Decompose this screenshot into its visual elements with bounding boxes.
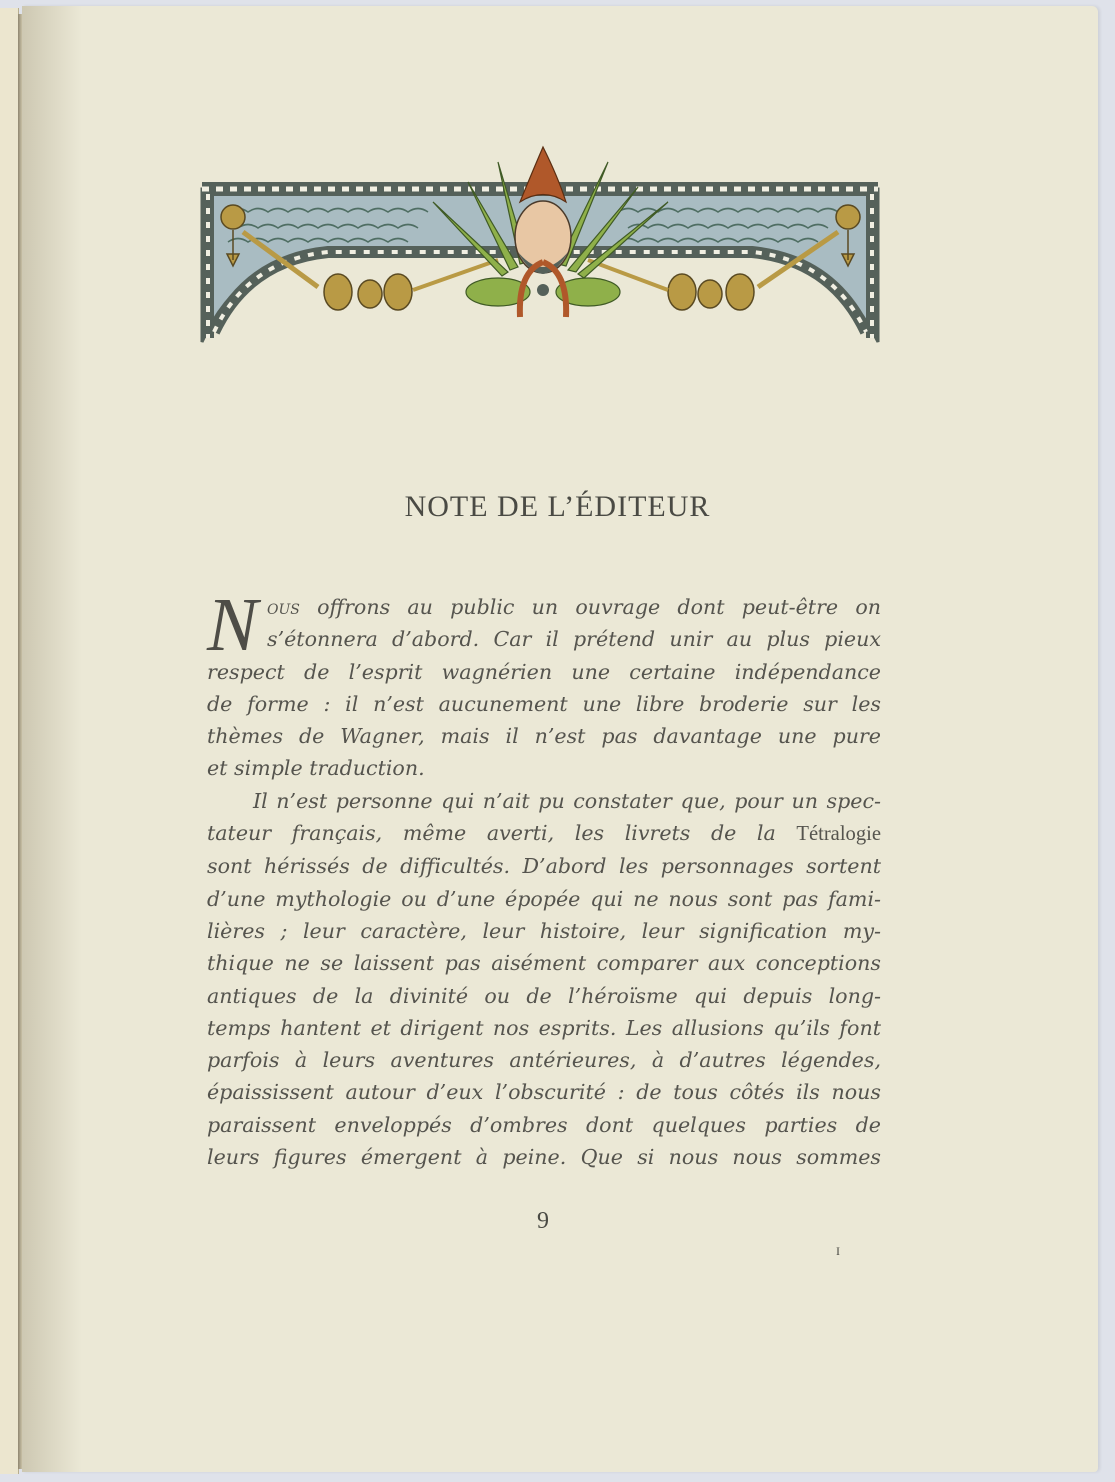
text-line: respect de l’esprit wagnérien une certai… bbox=[207, 656, 881, 688]
text-line: s’étonnera d’abord. Car il prétend unir … bbox=[207, 623, 881, 655]
body-text: N ous offrons au public un ouvrage dont … bbox=[207, 591, 881, 1173]
text-line: ous offrons au public un ouvrage dont pe… bbox=[207, 591, 881, 623]
text-line: épaississent autour d’eux l’obscurité : … bbox=[207, 1076, 881, 1108]
text-line: thique ne se laissent pas aisément compa… bbox=[207, 947, 881, 979]
work-title: Tétralogie bbox=[796, 823, 881, 845]
drop-cap: N bbox=[207, 593, 258, 657]
page-curve-shade bbox=[22, 6, 82, 1472]
text-line: parfois à leurs aventures antérieures, à… bbox=[207, 1044, 881, 1076]
text-line: temps hantent et dirigent nos esprits. L… bbox=[207, 1012, 881, 1044]
text-line: lières ; leur caractère, leur histoire, … bbox=[207, 915, 881, 947]
signature-mark: I bbox=[836, 1244, 840, 1259]
text-line: antiques de la divinité ou de l’héroïsme… bbox=[207, 980, 881, 1012]
text-line: Il n’est personne qui n’ait pu constater… bbox=[207, 785, 881, 817]
text-line: leurs figures émergent à peine. Que si n… bbox=[207, 1141, 881, 1173]
facing-page-edge bbox=[0, 8, 19, 1474]
text-line: sont hérissés de difficultés. D’abord le… bbox=[207, 850, 881, 882]
text-line: paraissent enveloppés d’ombres dont quel… bbox=[207, 1109, 881, 1141]
text-line: tateur français, même averti, les livret… bbox=[207, 817, 881, 850]
text-line: d’une mythologie ou d’une épopée qui ne … bbox=[207, 883, 881, 915]
headpiece-ornament-icon bbox=[198, 142, 882, 347]
paragraph-1: N ous offrons au public un ouvrage dont … bbox=[207, 591, 881, 785]
text-line: de forme : il n’est aucunement une libre… bbox=[207, 688, 881, 720]
page-number: 9 bbox=[537, 1208, 549, 1235]
text-line: thèmes de Wagner, mais il n’est pas dava… bbox=[207, 720, 881, 752]
page-title: NOTE DE L’ÉDITEUR bbox=[0, 490, 1115, 524]
text-line: et simple traduction. bbox=[207, 752, 881, 784]
paragraph-2: Il n’est personne qui n’ait pu constater… bbox=[207, 785, 881, 1174]
